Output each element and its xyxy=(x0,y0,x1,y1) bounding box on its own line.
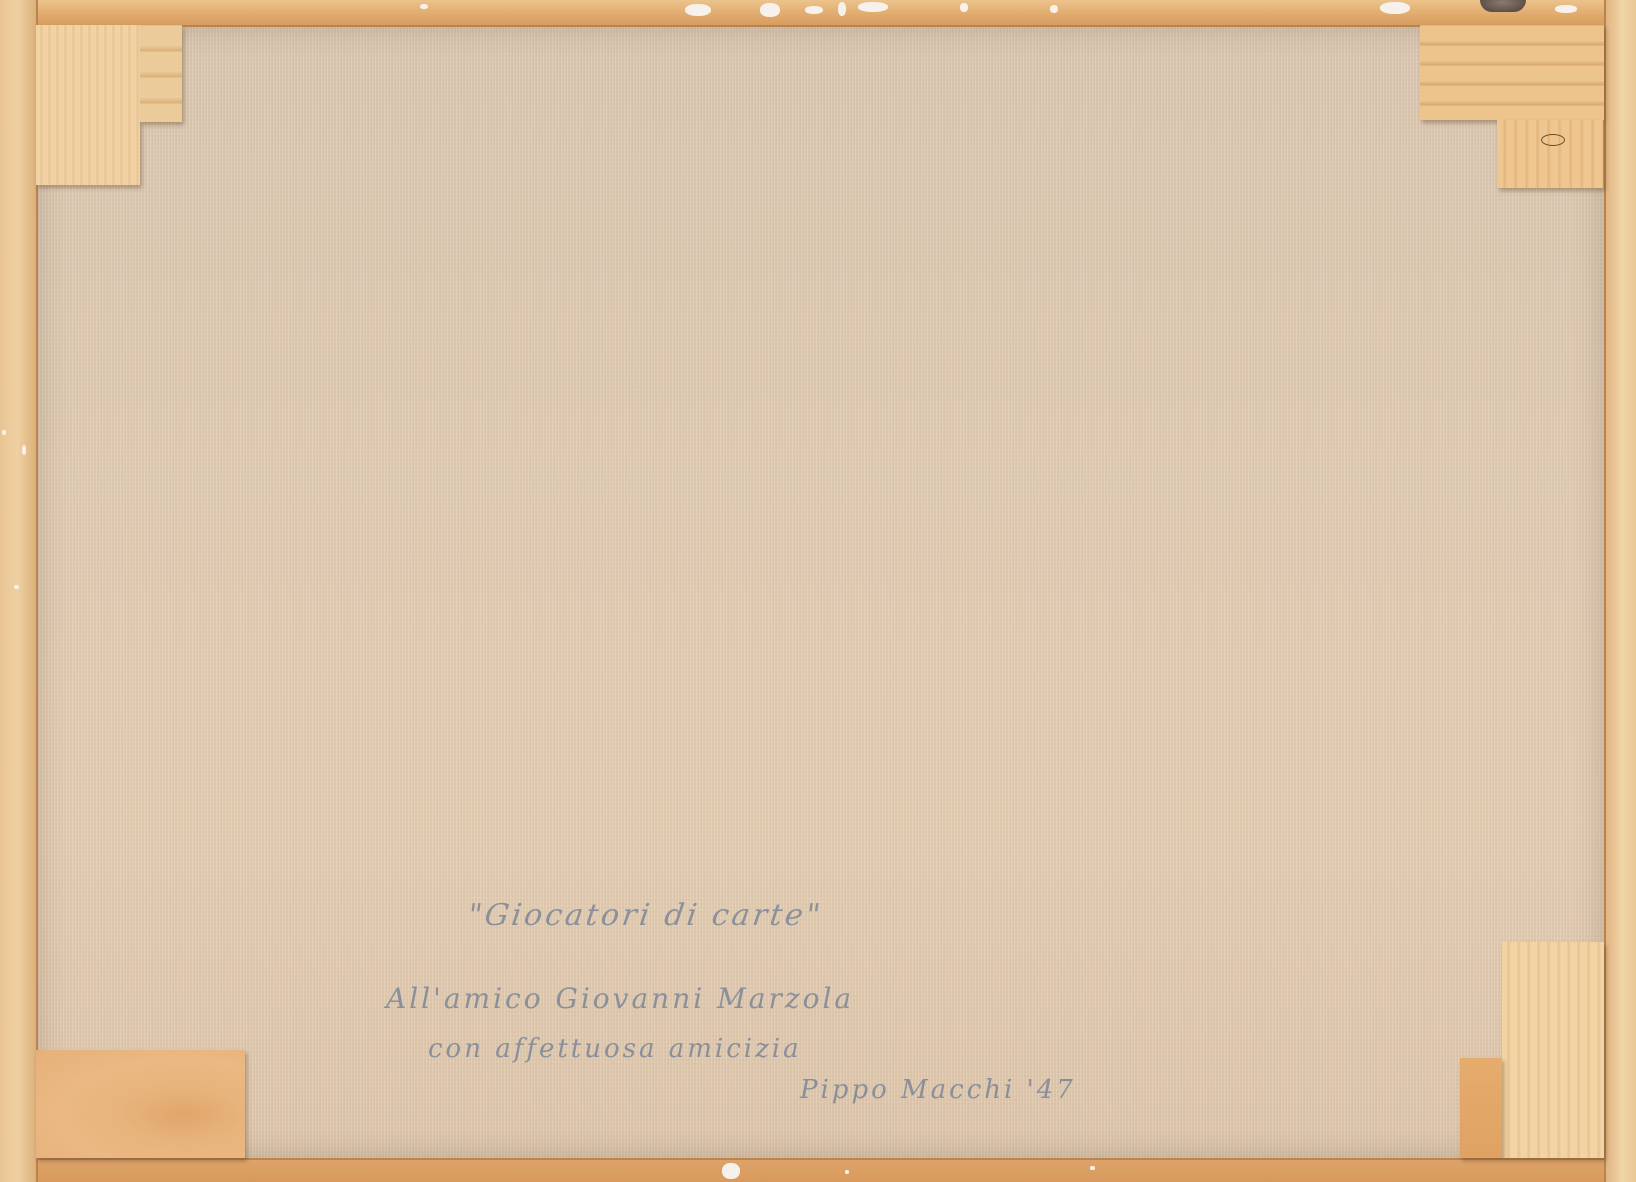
inscription-dedication-line1: All'amico Giovanni Marzola xyxy=(386,982,854,1015)
corner-key-top-left-small xyxy=(140,25,182,122)
paint-speck xyxy=(722,1163,740,1179)
nail-head xyxy=(1480,0,1526,12)
paint-speck xyxy=(22,445,26,455)
paint-speck xyxy=(960,3,968,12)
paint-speck xyxy=(1380,2,1410,14)
inscription-dedication-line2: con affettuosa amicizia xyxy=(428,1034,802,1064)
inscription-title: "Giocatori di carte" xyxy=(466,898,826,933)
paint-speck xyxy=(1555,5,1577,13)
paint-speck xyxy=(14,585,19,589)
paint-speck xyxy=(685,4,711,16)
paint-speck xyxy=(2,430,6,435)
corner-key-top-right-small xyxy=(1497,120,1603,188)
paint-speck xyxy=(838,2,846,16)
paint-speck xyxy=(1090,1166,1095,1170)
stretcher-bar-right xyxy=(1604,0,1636,1182)
inscription-signature: Pippo Macchi '47 xyxy=(800,1075,1076,1105)
paint-speck xyxy=(420,4,428,9)
paint-speck xyxy=(805,6,823,14)
corner-key-top-right-large xyxy=(1420,25,1604,120)
corner-key-bottom-left xyxy=(36,1050,245,1158)
paint-speck xyxy=(845,1170,849,1174)
corner-key-bottom-right-small xyxy=(1460,1058,1502,1158)
paint-speck xyxy=(858,2,888,12)
paint-speck xyxy=(760,3,780,17)
corner-key-bottom-right-large xyxy=(1502,942,1604,1158)
stretcher-bar-left xyxy=(0,0,38,1182)
paint-speck xyxy=(1050,5,1058,13)
corner-key-top-left-large xyxy=(36,25,140,185)
stretcher-bar-bottom xyxy=(0,1158,1636,1182)
wood-knot xyxy=(1541,134,1565,146)
canvas-back-photo: "Giocatori di carte" All'amico Giovanni … xyxy=(0,0,1636,1182)
